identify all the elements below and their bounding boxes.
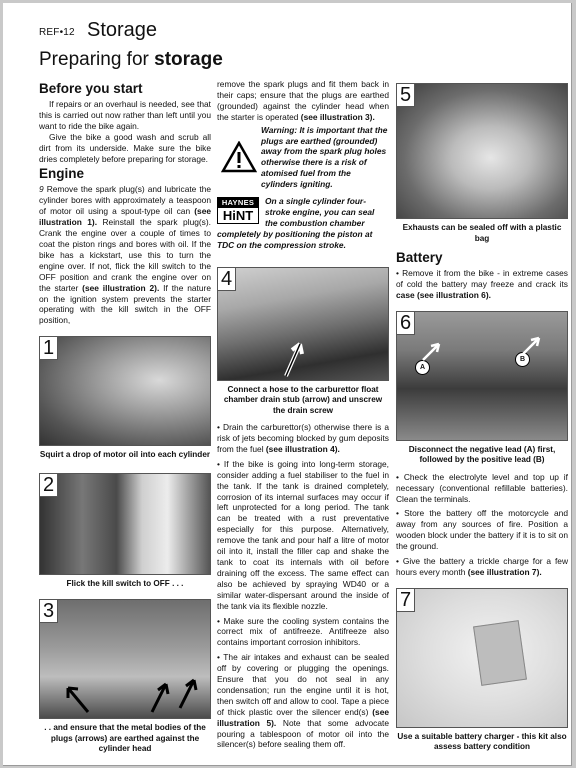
figure-7-caption: Use a suitable battery charger - this ki…	[396, 732, 568, 753]
heading-engine: Engine	[39, 166, 211, 181]
bullet-item: • Give the battery a trickle charge for …	[396, 556, 568, 578]
figure-1-caption: Squirt a drop of motor oil into each cyl…	[39, 450, 211, 461]
label-a: A	[415, 360, 430, 375]
bullet-item: • Drain the carburettor(s) otherwise the…	[217, 422, 389, 455]
figure-4-caption: Connect a hose to the carburettor float …	[217, 385, 389, 417]
text: If the bike is going into long-term stor…	[217, 459, 389, 611]
arrow-icon	[280, 338, 310, 378]
column-1: Before you start If repairs or an overha…	[39, 79, 211, 761]
page-title-prefix: Preparing for	[39, 49, 149, 70]
haynes-hint-logo: HAYNES HiNT	[217, 197, 259, 224]
bullet-item: • Remove it from the bike - in extreme c…	[396, 268, 568, 301]
illustration-ref: (see illustration 2).	[82, 283, 159, 293]
step-number: 9	[39, 184, 44, 194]
text: Check the electrolyte level and top up i…	[396, 472, 568, 504]
arrow-icon	[60, 680, 90, 714]
figure-number: 1	[40, 337, 58, 360]
bullet-item: • Store the battery off the motorcycle a…	[396, 508, 568, 552]
column-2: remove the spark plugs and fit them back…	[217, 79, 389, 754]
figure-3-caption: . . and ensure that the metal bodies of …	[39, 723, 211, 755]
figure-number: 6	[397, 312, 415, 335]
page-title: Preparing for storage	[39, 49, 223, 71]
section-title: Storage	[87, 19, 157, 42]
bullet-item: • The air intakes and exhaust can be sea…	[217, 652, 389, 750]
hint-logo-top: HAYNES	[218, 198, 258, 208]
heading-battery: Battery	[396, 250, 568, 265]
figure-number: 5	[397, 84, 415, 107]
figure-number: 7	[397, 589, 415, 612]
illustration-ref: case (see illustration 6).	[396, 290, 491, 300]
haynes-hint-box: HAYNES HiNT On a single cylinder four-st…	[217, 196, 389, 251]
figure-6-caption: Disconnect the negative lead (A) first, …	[396, 445, 568, 466]
manual-page: REF•12 Storage Preparing for storage Bef…	[3, 3, 572, 766]
illustration-ref: (see illustration 4).	[266, 444, 340, 454]
figure-5-caption: Exhausts can be sealed off with a plasti…	[396, 223, 568, 244]
bullet-item: • Check the electrolyte level and top up…	[396, 472, 568, 505]
text: Store the battery off the motorcycle and…	[396, 508, 568, 551]
figure-6-photo: 6 A B	[396, 311, 568, 441]
text: Reinstall the spark plug(s). Crank the e…	[39, 217, 211, 292]
column-3: 5 Exhausts can be sealed off with a plas…	[396, 79, 568, 759]
arrow-icon	[421, 340, 443, 362]
warning-box: Warning: It is important that the plugs …	[217, 125, 389, 190]
illustration-ref: (see illustration 7).	[468, 567, 542, 577]
bullet-item: • Make sure the cooling system contains …	[217, 616, 389, 649]
page-reference: REF•12	[39, 27, 75, 38]
warning-triangle-icon	[217, 125, 261, 190]
figure-number: 2	[40, 474, 58, 497]
hint-logo-bottom: HiNT	[218, 208, 258, 223]
figure-2-photo: 2	[39, 473, 211, 575]
battery-charger-illustration	[473, 620, 527, 686]
heading-before-you-start: Before you start	[39, 81, 211, 96]
figure-3-photo: 3	[39, 599, 211, 719]
figure-7-photo: 7	[396, 588, 568, 728]
text: Make sure the cooling system contains th…	[217, 616, 389, 648]
paragraph: Give the bike a good wash and scrub all …	[39, 132, 211, 165]
illustration-ref: (see illustration 3).	[301, 112, 375, 122]
text: Remove the spark plug(s) and lubricate t…	[39, 184, 211, 216]
arrow-icon	[148, 678, 172, 714]
bullet-item: • If the bike is going into long-term st…	[217, 459, 389, 612]
arrow-icon	[176, 674, 200, 710]
figure-number: 4	[218, 268, 236, 291]
text: The air intakes and exhaust can be seale…	[217, 652, 389, 717]
figure-2-caption: Flick the kill switch to OFF . . .	[39, 579, 211, 590]
arrow-icon	[521, 334, 543, 356]
figure-5-photo: 5	[396, 83, 568, 219]
text: Remove it from the bike - in extreme cas…	[396, 268, 568, 289]
paragraph: If repairs or an overhaul is needed, see…	[39, 99, 211, 132]
figure-1-photo: 1	[39, 336, 211, 446]
page-title-bold: storage	[154, 49, 223, 70]
figure-number: 3	[40, 600, 58, 623]
figure-4-photo: 4	[217, 267, 389, 381]
engine-step-9: 9 Remove the spark plug(s) and lubricate…	[39, 184, 211, 326]
warning-text: Warning: It is important that the plugs …	[261, 125, 389, 190]
engine-step-9-continued: remove the spark plugs and fit them back…	[217, 79, 389, 123]
